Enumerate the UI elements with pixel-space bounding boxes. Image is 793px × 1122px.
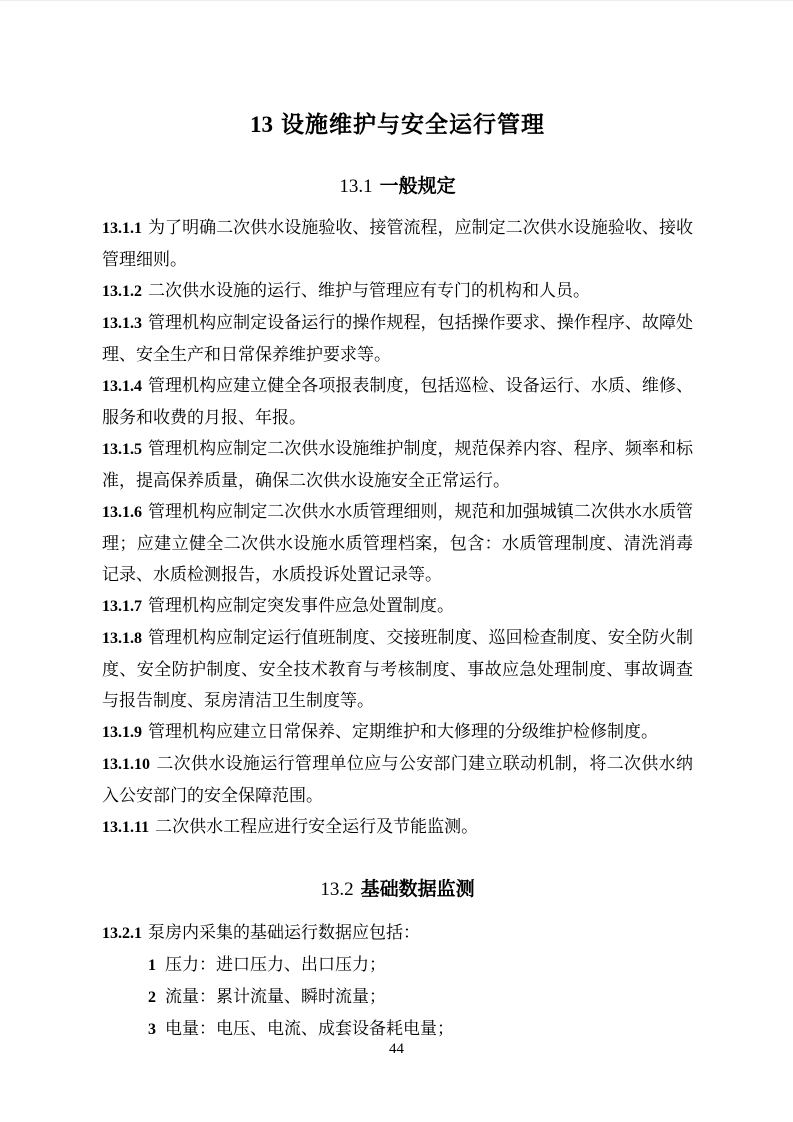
list-item: 1压力：进口压力、出口压力； <box>102 949 693 981</box>
item-number: 3 <box>148 1021 156 1038</box>
paragraph: 13.1.9管理机构应建立日常保养、定期维护和大修理的分级维护检修制度。 <box>102 716 693 748</box>
paragraph: 13.1.7管理机构应制定突发事件应急处置制度。 <box>102 590 693 622</box>
clause-text: 管理机构应制定突发事件应急处置制度。 <box>148 596 454 615</box>
clause-number: 13.1.5 <box>102 441 142 458</box>
clause-text: 管理机构应建立日常保养、定期维护和大修理的分级维护检修制度。 <box>148 722 658 741</box>
clause-number: 13.1.7 <box>102 598 142 615</box>
section-title-text: 基础数据监测 <box>361 879 475 900</box>
paragraph: 13.1.4管理机构应建立健全各项报表制度，包括巡检、设备运行、水质、维修、服务… <box>102 370 693 433</box>
paragraph: 13.1.10二次供水设施运行管理单位应与公安部门建立联动机制，将二次供水纳入公… <box>102 748 693 811</box>
clause-text: 二次供水设施的运行、维护与管理应有专门的机构和人员。 <box>148 281 590 300</box>
clause-number: 13.1.3 <box>102 315 142 332</box>
clause-number: 13.1.4 <box>102 378 142 395</box>
section-title-text: 一般规定 <box>380 176 456 197</box>
item-text: 压力：进口压力、出口压力； <box>165 955 386 974</box>
section-number: 13.2 <box>320 879 353 900</box>
paragraph: 13.1.11二次供水工程应进行安全运行及节能监测。 <box>102 811 693 843</box>
paragraph: 13.1.6管理机构应制定二次供水水质管理细则，规范和加强城镇二次供水水质管理；… <box>102 496 693 590</box>
paragraph: 13.1.5管理机构应制定二次供水设施维护制度，规范保养内容、程序、频率和标准，… <box>102 433 693 496</box>
clause-number: 13.2.1 <box>102 925 142 942</box>
clause-number: 13.1.11 <box>102 819 149 836</box>
paragraph: 13.1.3管理机构应制定设备运行的操作规程，包括操作要求、操作程序、故障处理、… <box>102 307 693 370</box>
paragraph: 13.1.2二次供水设施的运行、维护与管理应有专门的机构和人员。 <box>102 275 693 307</box>
chapter-title-text: 设施维护与安全运行管理 <box>281 111 545 137</box>
section-13-2-body: 13.2.1泵房内采集的基础运行数据应包括： 1压力：进口压力、出口压力； 2流… <box>102 917 693 1045</box>
clause-text: 管理机构应制定设备运行的操作规程，包括操作要求、操作程序、故障处理、安全生产和日… <box>102 313 693 364</box>
clause-text: 二次供水工程应进行安全运行及节能监测。 <box>155 817 478 836</box>
clause-number: 13.1.10 <box>102 756 150 773</box>
item-text: 电量：电压、电流、成套设备耗电量； <box>165 1019 454 1038</box>
paragraph: 13.1.8管理机构应制定运行值班制度、交接班制度、巡回检查制度、安全防火制度、… <box>102 622 693 716</box>
section-heading-13-1: 13.1一般规定 <box>102 174 693 200</box>
chapter-number: 13 <box>250 112 273 137</box>
chapter-title: 13设施维护与安全运行管理 <box>102 109 693 140</box>
page-number: 44 <box>0 1041 793 1057</box>
paragraph: 13.1.1为了明确二次供水设施验收、接管流程，应制定二次供水设施验收、接收管理… <box>102 212 693 275</box>
clause-text: 泵房内采集的基础运行数据应包括： <box>148 923 420 942</box>
clause-text: 管理机构应制定二次供水水质管理细则，规范和加强城镇二次供水水质管理；应建立健全二… <box>102 502 693 584</box>
clause-text: 二次供水设施运行管理单位应与公安部门建立联动机制，将二次供水纳入公安部门的安全保… <box>102 754 693 805</box>
clause-text: 为了明确二次供水设施验收、接管流程，应制定二次供水设施验收、接收管理细则。 <box>102 218 693 269</box>
clause-number: 13.1.9 <box>102 724 142 741</box>
item-number: 2 <box>148 989 156 1006</box>
clause-number: 13.1.8 <box>102 630 142 647</box>
clause-text: 管理机构应建立健全各项报表制度，包括巡检、设备运行、水质、维修、服务和收费的月报… <box>102 376 693 427</box>
clause-number: 13.1.6 <box>102 504 142 521</box>
clause-number: 13.1.1 <box>102 220 142 237</box>
section-number: 13.1 <box>339 176 372 197</box>
clause-text: 管理机构应制定运行值班制度、交接班制度、巡回检查制度、安全防火制度、安全防护制度… <box>102 628 693 710</box>
clause-text: 管理机构应制定二次供水设施维护制度，规范保养内容、程序、频率和标准，提高保养质量… <box>102 439 693 490</box>
document-page: 13设施维护与安全运行管理 13.1一般规定 13.1.1为了明确二次供水设施验… <box>0 0 793 1122</box>
paragraph: 13.2.1泵房内采集的基础运行数据应包括： <box>102 917 693 949</box>
numbered-list: 1压力：进口压力、出口压力； 2流量：累计流量、瞬时流量； 3电量：电压、电流、… <box>102 949 693 1045</box>
item-text: 流量：累计流量、瞬时流量； <box>165 987 386 1006</box>
section-13-1-body: 13.1.1为了明确二次供水设施验收、接管流程，应制定二次供水设施验收、接收管理… <box>102 212 693 843</box>
list-item: 2流量：累计流量、瞬时流量； <box>102 981 693 1013</box>
clause-number: 13.1.2 <box>102 283 142 300</box>
item-number: 1 <box>148 957 156 974</box>
section-heading-13-2: 13.2基础数据监测 <box>102 877 693 903</box>
